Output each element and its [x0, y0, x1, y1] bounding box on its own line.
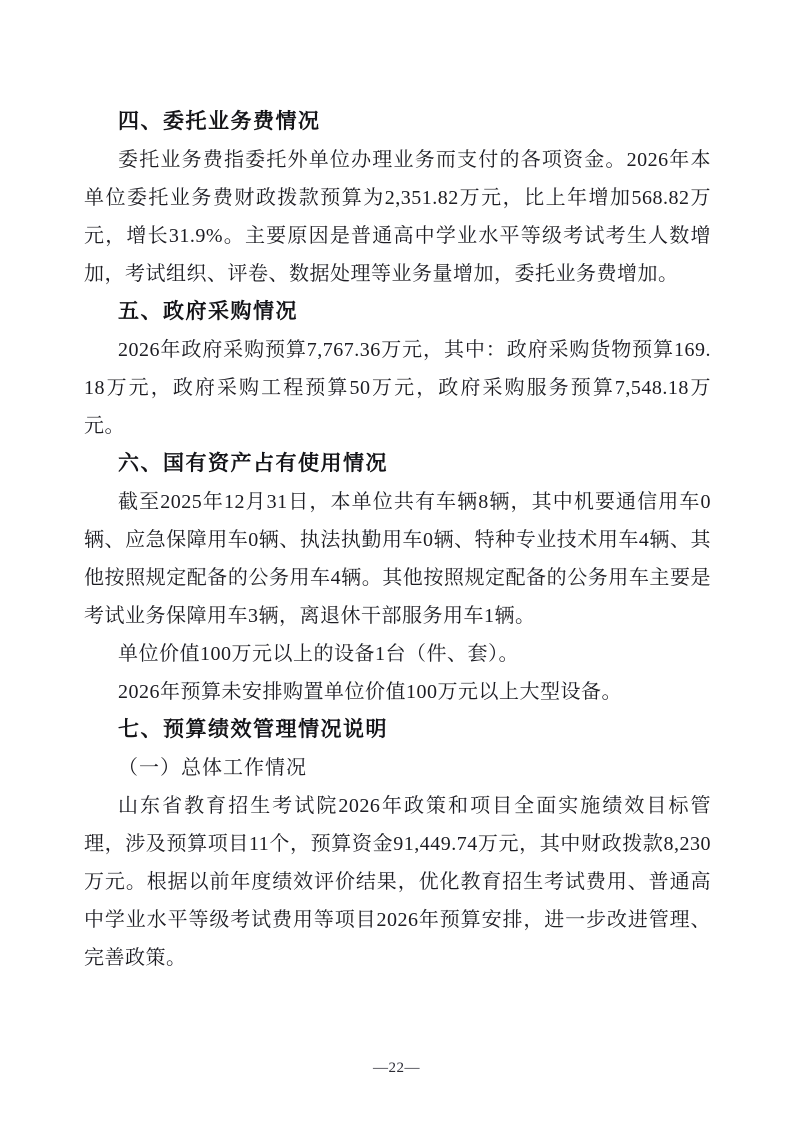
- section-heading-6-state-owned-assets: 六、国有资产占有使用情况: [84, 445, 711, 483]
- section-heading-5-government-procurement: 五、政府采购情况: [84, 293, 711, 331]
- page-footer: —22—: [0, 1058, 793, 1078]
- document-content: 四、委托业务费情况 委托业务费指委托外单位办理业务而支付的各项资金。2026年本…: [84, 103, 711, 977]
- subheading-overall-work-situation: （一）总体工作情况: [84, 749, 711, 787]
- paragraph-vehicle-holdings: 截至2025年12月31日，本单位共有车辆8辆，其中机要通信用车0辆、应急保障用…: [84, 483, 711, 635]
- paragraph-no-large-equipment-2026: 2026年预算未安排购置单位价值100万元以上大型设备。: [84, 673, 711, 711]
- paragraph-equipment-over-1m: 单位价值100万元以上的设备1台（件、套）。: [84, 635, 711, 673]
- paragraph-performance-management: 山东省教育招生考试院2026年政策和项目全面实施绩效目标管理，涉及预算项目11个…: [84, 787, 711, 977]
- paragraph-entrusted-services-fee: 委托业务费指委托外单位办理业务而支付的各项资金。2026年本单位委托业务费财政拨…: [84, 141, 711, 293]
- paragraph-government-procurement: 2026年政府采购预算7,767.36万元，其中：政府采购货物预算169.18万…: [84, 331, 711, 445]
- section-heading-7-budget-performance: 七、预算绩效管理情况说明: [84, 711, 711, 749]
- page-number: —22—: [373, 1060, 420, 1076]
- document-page: 四、委托业务费情况 委托业务费指委托外单位办理业务而支付的各项资金。2026年本…: [0, 0, 793, 1123]
- section-heading-4-entrusted-services-fee: 四、委托业务费情况: [84, 103, 711, 141]
